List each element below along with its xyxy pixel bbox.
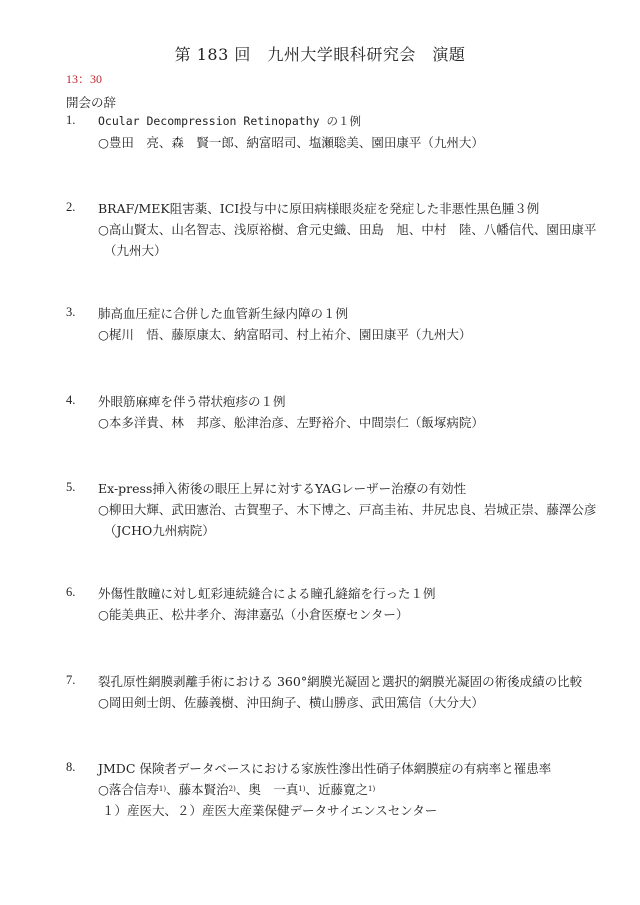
item-title: 裂孔原性網膜剥離手術における 360°網膜光凝固と選択的網膜光凝固の術後成績の比…: [98, 672, 582, 690]
item-affiliation: （JCHO九州病院）: [66, 519, 586, 540]
item-title: Ocular Decompression Retinopathy の１例: [98, 113, 361, 129]
item-title: 肺高血圧症に合併した血管新生緑内障の１例: [98, 304, 348, 322]
item-number: 8.: [66, 760, 98, 775]
item-title: 外眼筋麻痺を伴う帯状疱疹の１例: [98, 392, 286, 410]
item-authors: ○能美典正、松井孝介、海津嘉弘（小倉医療センター）: [66, 603, 586, 624]
presentation-item-3: 3. 肺高血圧症に合併した血管新生緑内障の１例 ○梶川 悟、藤原康太、納富昭司、…: [66, 302, 586, 344]
author-name: 、近藤寛之: [306, 780, 369, 798]
item-title: 外傷性散瞳に対し虹彩連続縫合による瞳孔縫縮を行った１例: [98, 584, 436, 602]
item-title: BRAF/MEK阻害薬、ICI投与中に原田病様眼炎症を発症した非悪性黒色腫３例: [98, 199, 539, 217]
presentation-item-8: 8. JMDC 保険者データベースにおける家族性滲出性硝子体網膜症の有病率と罹患…: [66, 757, 586, 820]
page-title: 第 183 回 九州大学眼科研究会 演題: [0, 42, 640, 65]
item-number: 1.: [66, 113, 98, 128]
author-affiliation-mark: 1): [298, 785, 305, 793]
item-number: 6.: [66, 585, 98, 600]
item-authors: ○豊田 亮、森 賢一郎、納富昭司、塩瀬聡美、園田康平（九州大）: [66, 131, 586, 152]
item-affiliation: （九州大）: [66, 239, 586, 260]
presentation-item-1: 1. Ocular Decompression Retinopathy の１例 …: [66, 110, 586, 152]
item-number: 3.: [66, 305, 98, 320]
item-authors: ○梶川 悟、藤原康太、納富昭司、村上祐介、園田康平（九州大）: [66, 323, 586, 344]
item-title: JMDC 保険者データベースにおける家族性滲出性硝子体網膜症の有病率と罹患率: [98, 759, 551, 777]
item-number: 5.: [66, 480, 98, 495]
author-affiliation-mark: 1): [368, 785, 375, 793]
author-name: 、奥 一真: [236, 780, 299, 798]
item-number: 7.: [66, 673, 98, 688]
item-affiliation: １）産医大、２）産医大産業保健データサイエンスセンター: [66, 799, 586, 820]
presentation-item-2: 2. BRAF/MEK阻害薬、ICI投与中に原田病様眼炎症を発症した非悪性黒色腫…: [66, 197, 586, 260]
author-name: 、藤本賢治: [166, 780, 229, 798]
presentation-item-5: 5. Ex-press挿入術後の眼圧上昇に対するYAGレーザー治療の有効性 ○柳…: [66, 477, 586, 540]
item-number: 2.: [66, 200, 98, 215]
author-name: ○落合信寿: [98, 780, 159, 798]
presentation-item-7: 7. 裂孔原性網膜剥離手術における 360°網膜光凝固と選択的網膜光凝固の術後成…: [66, 670, 586, 712]
author-affiliation-mark: 2): [229, 785, 236, 793]
item-authors: ○柳田大輝、武田憲治、古賀聖子、木下博之、戸高圭祐、井尻忠良、岩城正崇、藤澤公彦: [66, 498, 586, 519]
author-affiliation-mark: 1): [159, 785, 166, 793]
item-authors: ○落合信寿1) 、藤本賢治2) 、奥 一真1) 、近藤寛之1): [66, 778, 586, 799]
presentation-item-4: 4. 外眼筋麻痺を伴う帯状疱疹の１例 ○本多洋貴、林 邦彦、舩津治彦、左野裕介、…: [66, 390, 586, 432]
item-number: 4.: [66, 393, 98, 408]
opening-remarks: 開会の辞: [66, 93, 116, 111]
item-authors: ○高山賢太、山名智志、浅原裕樹、倉元史織、田島 旭、中村 陸、八幡信代、園田康平: [66, 218, 586, 239]
item-title: Ex-press挿入術後の眼圧上昇に対するYAGレーザー治療の有効性: [98, 479, 466, 497]
session-time: 13：30: [66, 70, 102, 87]
item-authors: ○岡田剣士朗、佐藤義樹、沖田絢子、横山勝彦、武田篤信（大分大）: [66, 691, 586, 712]
item-authors: ○本多洋貴、林 邦彦、舩津治彦、左野裕介、中間崇仁（飯塚病院）: [66, 411, 586, 432]
presentation-item-6: 6. 外傷性散瞳に対し虹彩連続縫合による瞳孔縫縮を行った１例 ○能美典正、松井孝…: [66, 582, 586, 624]
